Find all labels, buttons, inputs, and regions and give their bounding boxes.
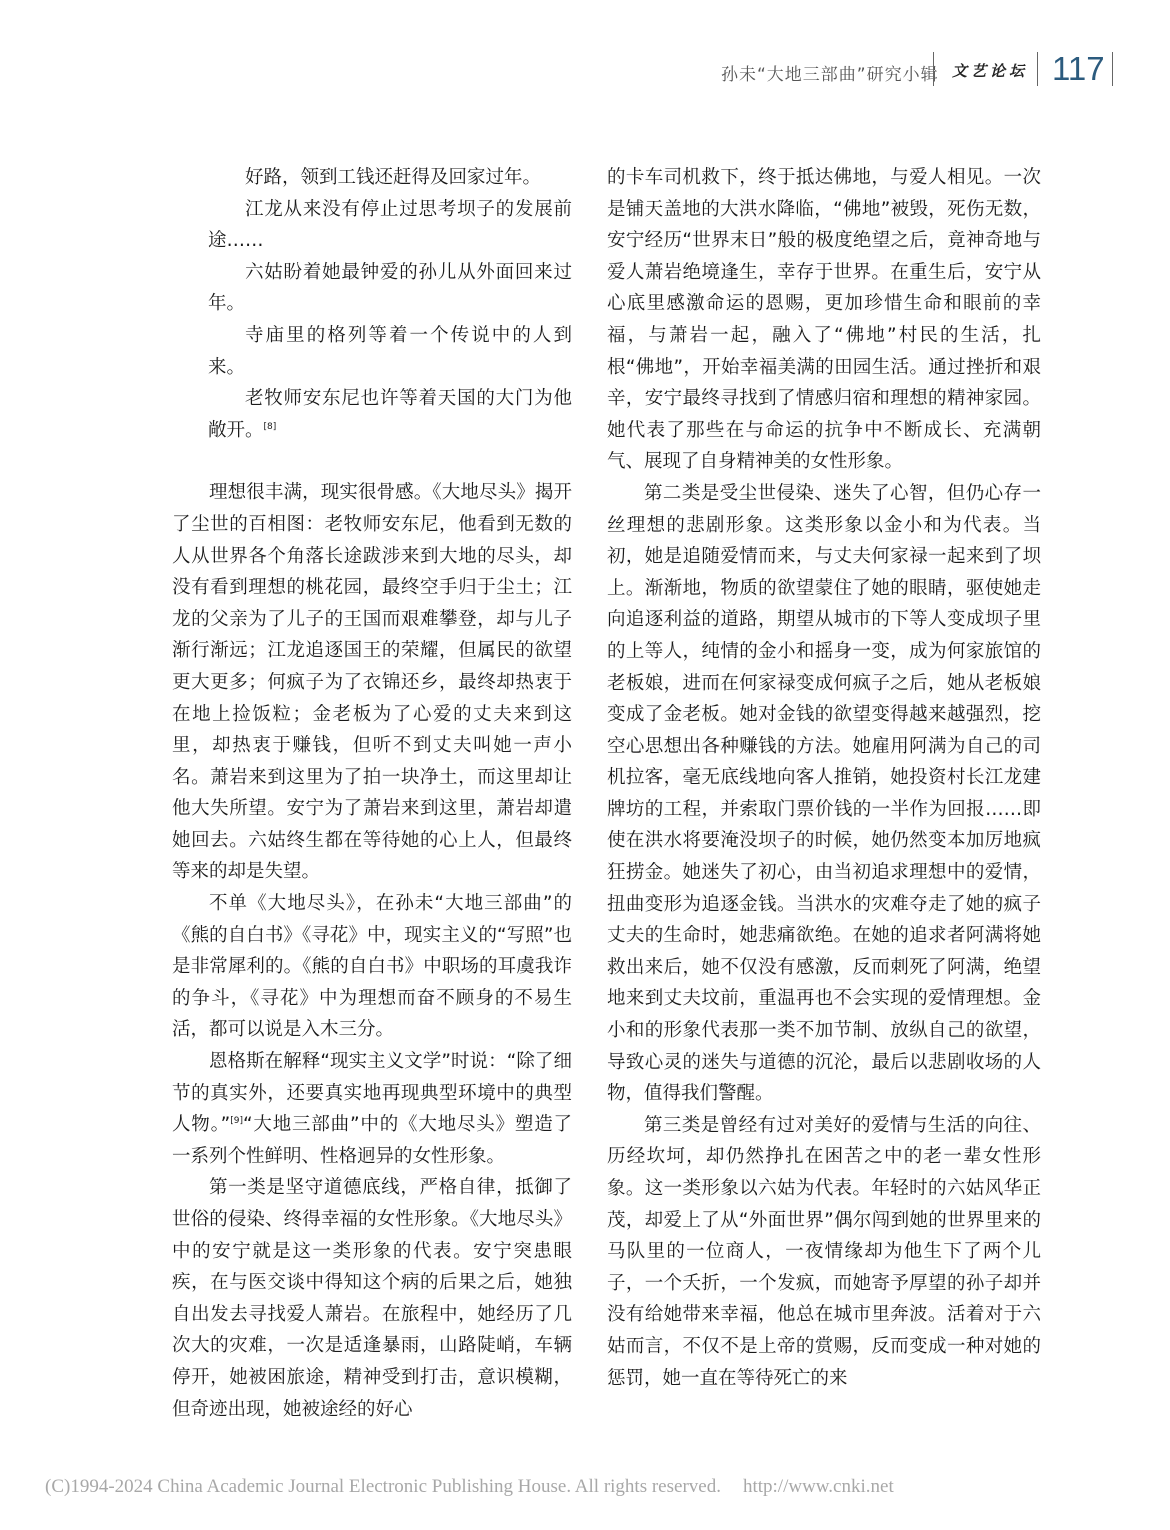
cnki-link[interactable]: http://www.cnki.net	[743, 1476, 894, 1497]
body-paragraph: 的卡车司机救下，终于抵达佛地，与爱人相见。一次是铺天盖地的大洪水降临，“佛地”被…	[607, 162, 1041, 478]
running-header: 孙未“大地三部曲”研究小辑 文艺论坛 117	[0, 50, 1170, 94]
body-paragraph: 第二类是受尘世侵染、迷失了心智，但仍心存一丝理想的悲剧形象。这类形象以金小和为代…	[607, 478, 1041, 1110]
footnote-ref[interactable]: [9]	[230, 1116, 243, 1126]
quote-line: 老牧师安东尼也许等着天国的大门为他敞开。[8]	[208, 383, 572, 446]
page-number: 117	[1052, 50, 1105, 88]
body-paragraph: 恩格斯在解释“现实主义文学”时说：“除了细节的真实外，还要真实地再现典型环境中的…	[172, 1046, 572, 1172]
quote-line: 好路，领到工钱还赶得及回家过年。	[208, 162, 572, 194]
right-column: 的卡车司机救下，终于抵达佛地，与爱人相见。一次是铺天盖地的大洪水降临，“佛地”被…	[607, 162, 1041, 1394]
header-divider	[1037, 52, 1038, 86]
copyright-text: (C)1994-2024 China Academic Journal Elec…	[45, 1476, 721, 1497]
block-quote: 好路，领到工钱还赶得及回家过年。 江龙从来没有停止过思考坝子的发展前途…… 六姑…	[172, 162, 572, 446]
quote-line: 寺庙里的格列等着一个传说中的人到来。	[208, 320, 572, 383]
journal-name: 文艺论坛	[952, 60, 1028, 81]
quote-line: 江龙从来没有停止过思考坝子的发展前途……	[208, 194, 572, 257]
section-title: 孙未“大地三部曲”研究小辑	[721, 60, 939, 85]
body-paragraph: 不单《大地尽头》，在孙未“大地三部曲”的《熊的自白书》《寻花》中，现实主义的“写…	[172, 888, 572, 1046]
header-divider	[1112, 52, 1113, 86]
quote-line: 六姑盼着她最钟爱的孙儿从外面回来过年。	[208, 257, 572, 320]
left-column: 好路，领到工钱还赶得及回家过年。 江龙从来没有停止过思考坝子的发展前途…… 六姑…	[172, 162, 572, 1425]
copyright-footer: (C)1994-2024 China Academic Journal Elec…	[45, 1476, 894, 1498]
body-paragraph: 理想很丰满，现实很骨感。《大地尽头》揭开了尘世的百相图：老牧师安东尼，他看到无数…	[172, 477, 572, 888]
body-paragraph: 第一类是坚守道德底线，严格自律，抵御了世俗的侵染、终得幸福的女性形象。《大地尽头…	[172, 1172, 572, 1425]
header-divider	[933, 52, 934, 86]
body-paragraph: 第三类是曾经有过对美好的爱情与生活的向往、历经坎坷，却仍然挣扎在困苦之中的老一辈…	[607, 1110, 1041, 1394]
footnote-ref[interactable]: [8]	[264, 422, 277, 432]
